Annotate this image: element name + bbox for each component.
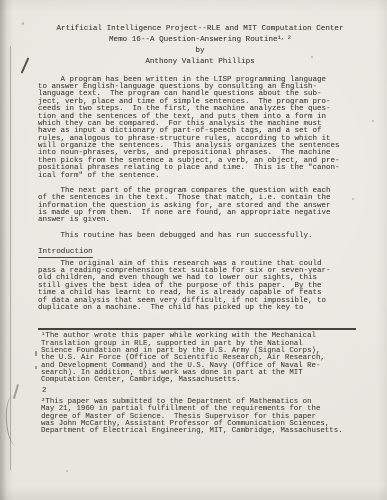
footnotes-block: ¹The author wrote this paper while worki… — [38, 333, 362, 435]
memo-title-text: Memo 16--A Question-Answering Routine — [109, 36, 278, 44]
title-block: Artificial Intelligence Project--RLE and… — [38, 24, 362, 68]
abstract-paragraph-2: The next part of the program compares th… — [38, 188, 362, 225]
pencil-arc-mark — [4, 395, 24, 446]
page-content: Artificial Intelligence Project--RLE and… — [38, 24, 362, 435]
byline: by — [38, 46, 362, 57]
abstract-paragraph-3: This routine has been debugged and has r… — [38, 233, 362, 240]
footnote-separator-rule — [38, 328, 356, 330]
footnote-2: ²This paper was submitted to the Departm… — [41, 399, 362, 436]
scanned-page: Artificial Intelligence Project--RLE and… — [0, 0, 387, 500]
footnote-stray-marker-2: 2 — [42, 388, 362, 395]
introduction-paragraph: The original aim of this research was a … — [38, 261, 362, 313]
section-heading-introduction: Introduction — [38, 248, 362, 257]
document-title-line-2: Memo 16--A Question-Answering Routine1, … — [38, 35, 362, 46]
scan-speck — [66, 470, 68, 472]
pen-tick-mark — [21, 57, 30, 73]
author-name: Anthony Valiant Phillips — [38, 57, 362, 68]
document-title-line-1: Artificial Intelligence Project--RLE and… — [38, 24, 362, 35]
scan-speck — [372, 120, 374, 122]
footnote-1: ¹The author wrote this paper while worki… — [41, 333, 362, 384]
scan-speck — [35, 366, 37, 369]
abstract-paragraph-1: A program has been written in the LISP p… — [38, 77, 362, 180]
section-heading-text: Introduction — [38, 248, 93, 258]
scan-speck — [35, 351, 37, 356]
scan-speck — [21, 22, 24, 26]
footnote-reference-superscript: 1, 2 — [278, 33, 291, 44]
